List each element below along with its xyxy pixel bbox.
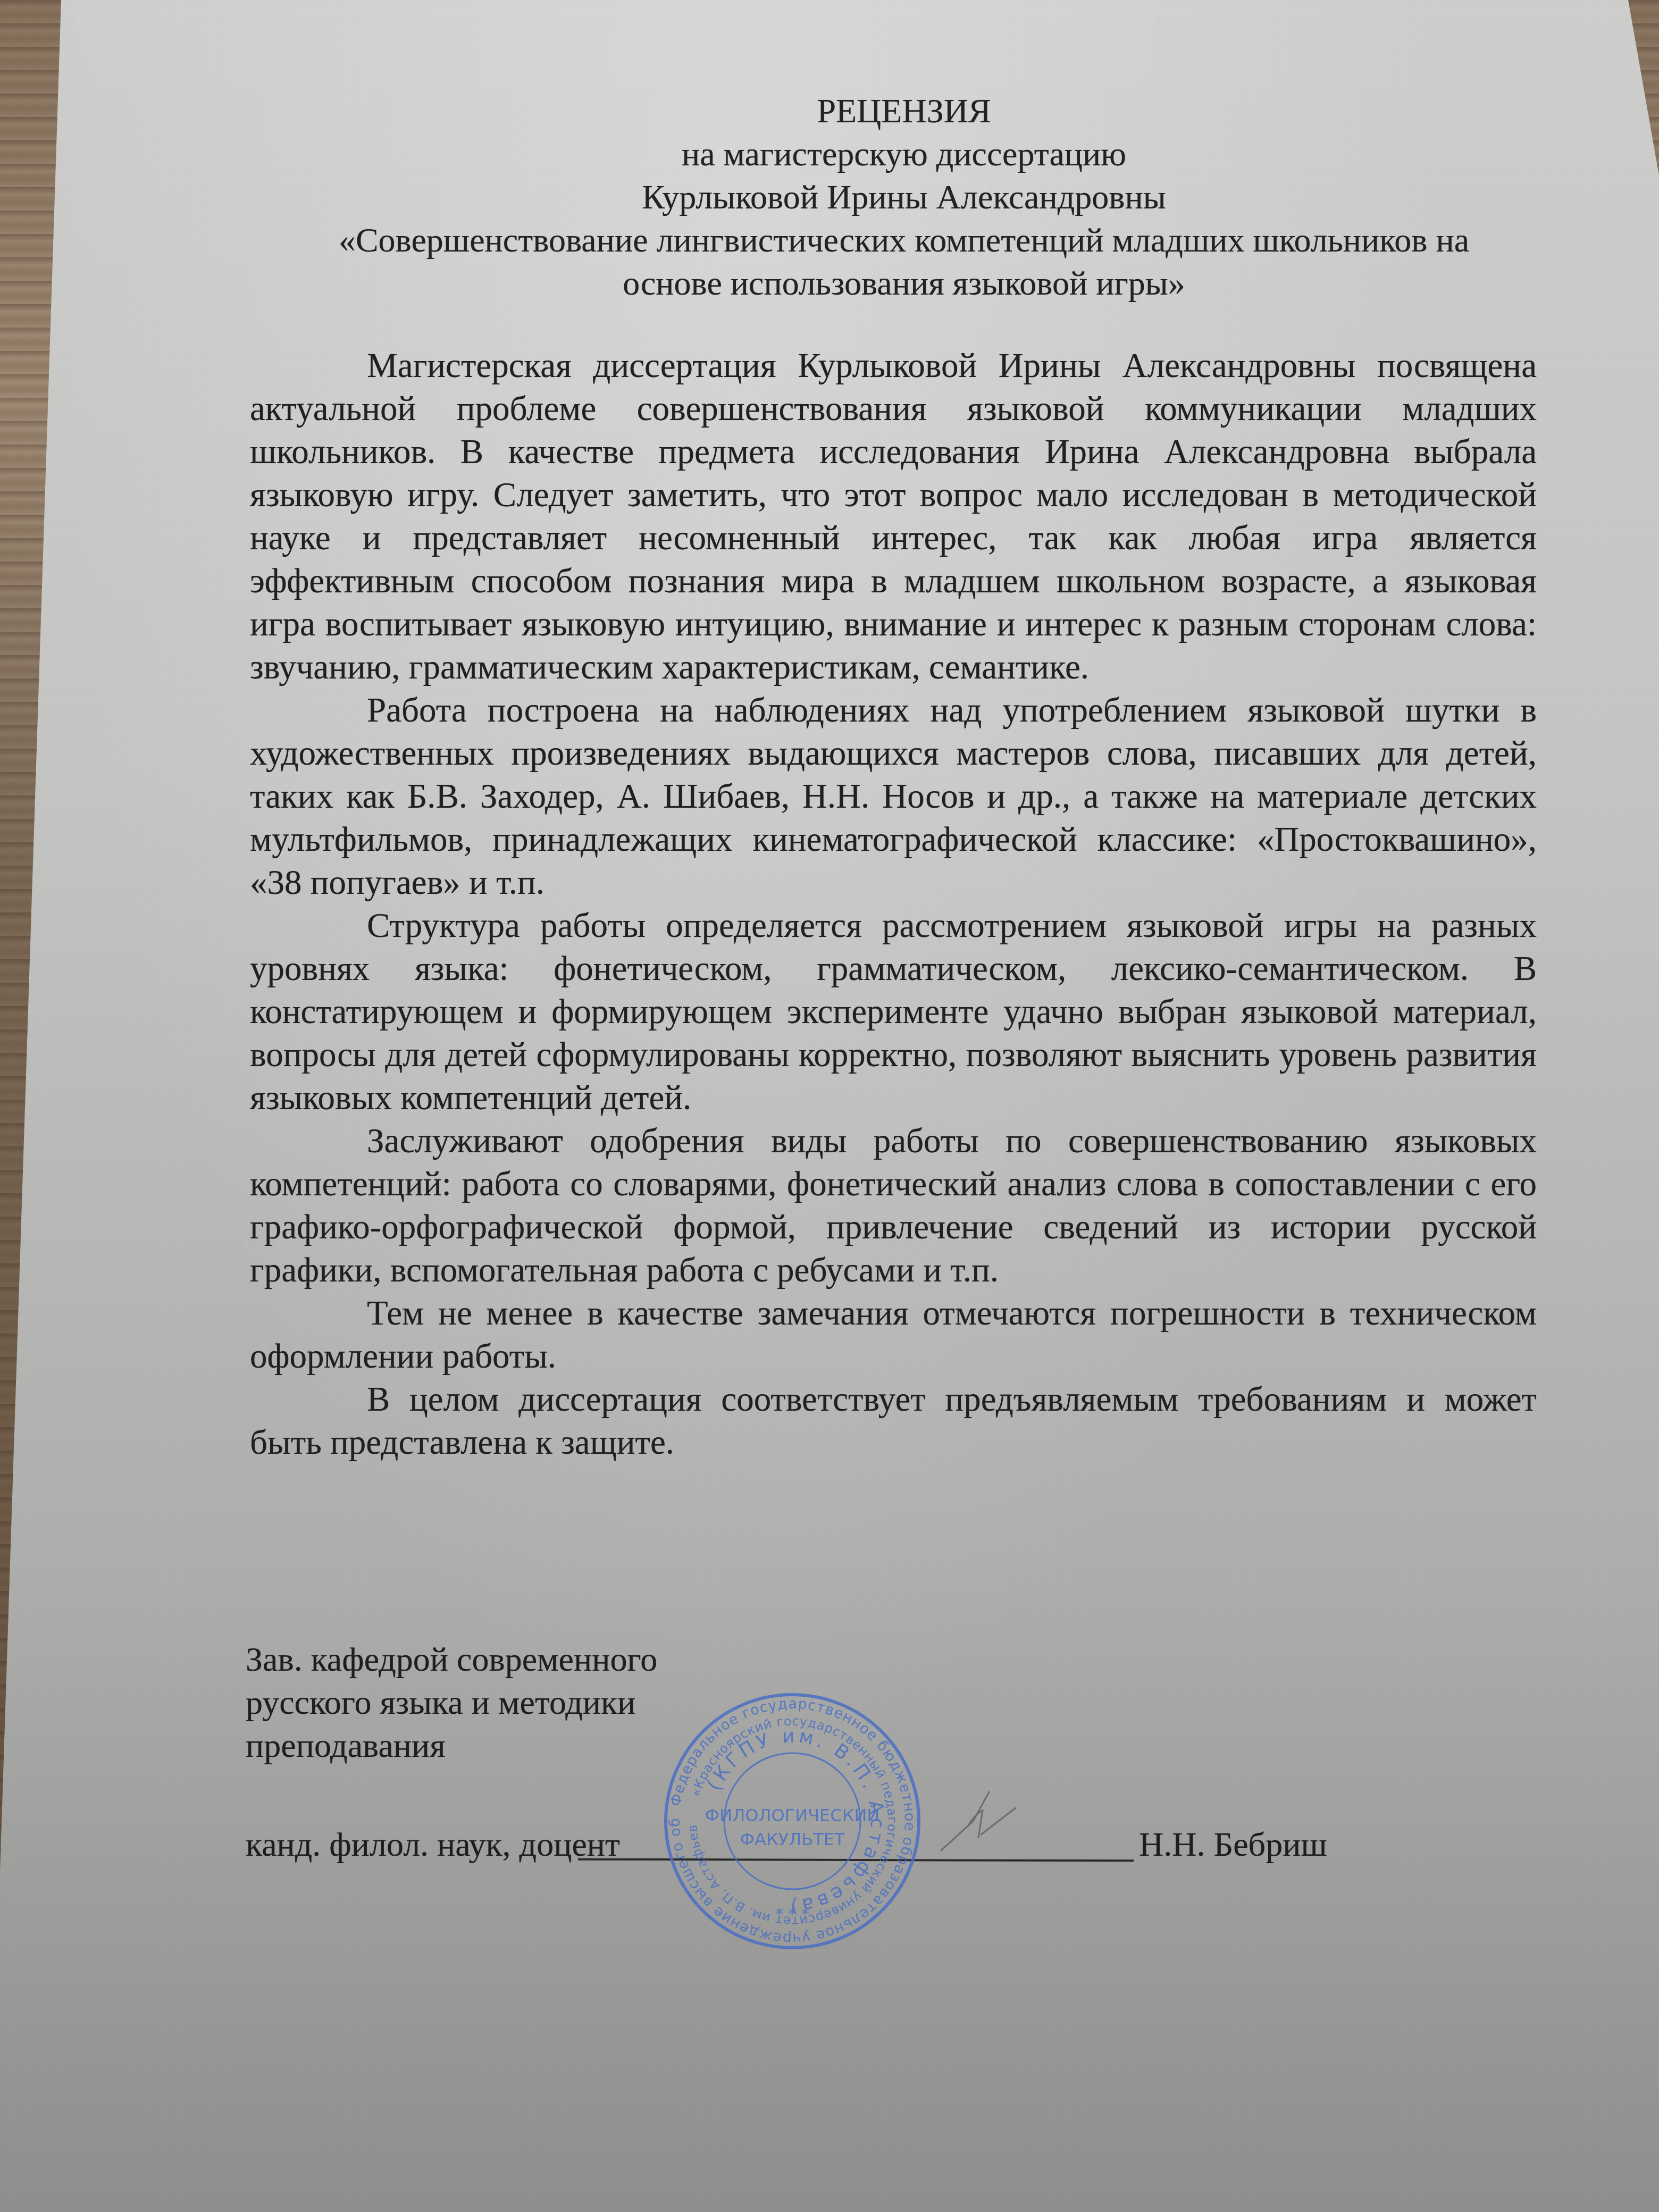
document-title: РЕЦЕНЗИЯ xyxy=(234,89,1574,132)
handwritten-signature-icon xyxy=(936,1771,1021,1856)
signature-rule xyxy=(578,1858,1134,1862)
paragraph-3: Структура работы определяется рассмотрен… xyxy=(250,904,1537,1120)
position-line-3: преподавания xyxy=(246,1724,657,1767)
paragraph-5: Тем не менее в качестве замечания отмеча… xyxy=(250,1292,1537,1378)
signatory-position: Зав. кафедрой современного русского язык… xyxy=(246,1638,657,1767)
position-line-1: Зав. кафедрой современного xyxy=(246,1638,657,1681)
signature-line-row: канд. филол. наук, доцент Н.Н. Бебриш xyxy=(246,1823,1469,1871)
signatory-name: Н.Н. Бебриш xyxy=(1139,1823,1327,1866)
thesis-title-line1: «Совершенствование лингвистических компе… xyxy=(234,219,1574,262)
document-subtitle: на магистерскую диссертацию xyxy=(234,132,1574,175)
paragraph-1: Магистерская диссертация Курлыковой Ирин… xyxy=(250,345,1537,689)
review-body: Магистерская диссертация Курлыковой Ирин… xyxy=(250,345,1537,1464)
position-line-2: русского языка и методики xyxy=(246,1681,657,1724)
paragraph-6: В целом диссертация соответствует предъя… xyxy=(250,1378,1537,1464)
academic-degree: канд. филол. наук, доцент xyxy=(246,1823,620,1866)
author-name: Курлыковой Ирины Александровны xyxy=(234,175,1574,219)
paragraph-4: Заслуживают одобрения виды работы по сов… xyxy=(250,1120,1537,1292)
document-header: РЕЦЕНЗИЯ на магистерскую диссертацию Кур… xyxy=(234,89,1574,305)
thesis-title-line2: основе использования языковой игры» xyxy=(234,262,1574,305)
paragraph-2: Работа построена на наблюдениях над упот… xyxy=(250,689,1537,904)
